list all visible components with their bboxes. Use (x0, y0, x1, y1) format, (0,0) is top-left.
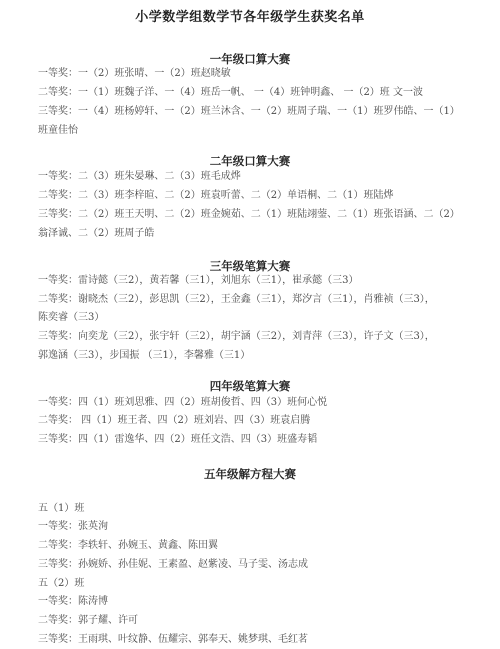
award-line: 一等奖：张英洵 (38, 520, 468, 534)
award-line: 三等奖：王雨琪、叶纹静、伍耀宗、郭奉天、姚梦琪、毛红茗 (38, 633, 468, 647)
award-line: 一等奖：一（2）班张晴、一（2）班赵晓敏 (38, 67, 468, 81)
class-label: 五（2）班 (38, 577, 468, 591)
award-line: 三等奖：四（1）雷逸华、四（2）班任文浩、四（3）班盛寿韬 (38, 433, 468, 447)
document-title: 小学数学组数学节各年级学生获奖名单 (0, 6, 500, 25)
award-line: 三等奖：二（2）班王天明、二（2）班金婉茹、二（1）班陆翊蓥、二（1）班张语涵、… (38, 208, 468, 222)
award-line: 二等奖：郭子耀、许可 (38, 614, 468, 628)
award-line: 翁泽诚、二（2）班周子皓 (38, 227, 468, 241)
award-line: 一等奖：雷诗懿（三2），黄若馨（三1），刘旭东（三1），崔承懿（三3） (38, 274, 468, 288)
award-line: 一等奖：四（1）班刘思雅、四（2）班胡俊哲、四（3）班何心悦 (38, 396, 468, 410)
award-line: 郭逸涵（三3），步国振 （三1），李馨雅（三1） (38, 349, 468, 363)
award-line: 三等奖：孙婉娇、孙佳妮、王素盈、赵紫凌、马子雯、汤志成 (38, 558, 468, 572)
award-list-document: 小学数学组数学节各年级学生获奖名单 一年级口算大赛 一等奖：一（2）班张晴、一（… (0, 0, 500, 649)
section-heading-grade1: 一年级口算大赛 (0, 51, 500, 67)
award-line: 二等奖：二（3）班李梓暄、二（2）班袁听蕾、二（2）单语桐、二（1）班陆烨 (38, 189, 468, 203)
section-heading-grade4: 四年级笔算大赛 (0, 378, 500, 394)
section-heading-grade5: 五年级解方程大赛 (0, 466, 500, 482)
award-line: 一等奖：陈涛博 (38, 595, 468, 609)
award-line: 三等奖：向奕龙（三2），张宇轩（三2），胡宇涵（三2），刘青萍（三3），许子文（… (38, 330, 468, 344)
award-line: 二等奖： 四（1）班王者、四（2）班刘岩、四（3）班袁启腾 (38, 414, 468, 428)
award-line: 三等奖：一（4）班杨婷轩、一（2）班兰沐含、一（2）班周子瑞、一（1）班罗伟皓、… (38, 105, 468, 119)
award-line: 二等奖：李轶轩、孙婉玉、黄鑫、陈田翼 (38, 539, 468, 553)
award-line: 班童佳怡 (38, 124, 468, 138)
award-line: 二等奖：谢晓杰（三2），彭思凯（三2），王金鑫（三1），郑汐言（三1），肖雅祯（… (38, 293, 468, 307)
class-label: 五（1）班 (38, 502, 468, 516)
award-line: 二等奖：一（1）班魏子洋、一（4）班岳一帆、 一（4）班钟明鑫、 一（2）班 文… (38, 86, 468, 100)
section-heading-grade3: 三年级笔算大赛 (0, 258, 500, 274)
award-line: 一等奖：二（3）班朱晏琳、二（3）班毛成烨 (38, 170, 468, 184)
award-line: 陈奕睿（三3） (38, 311, 468, 325)
section-heading-grade2: 二年级口算大赛 (0, 153, 500, 169)
